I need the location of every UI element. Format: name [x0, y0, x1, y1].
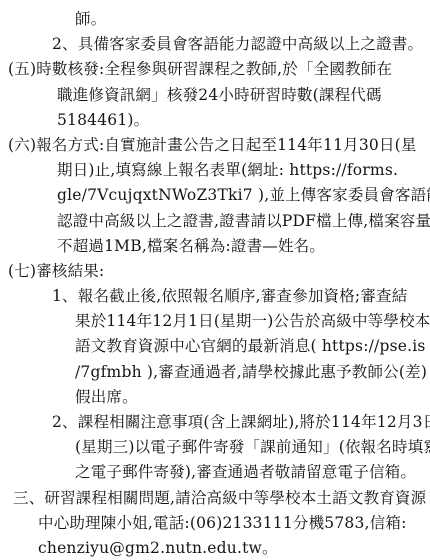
doc-line doc-line-announce-url: 語文教育資源中心官網的最新消息( https://pse.is	[0, 334, 430, 359]
doc-line doc-line-signup-url: 期日)止,填寫線上報名表單(網址: https://forms.	[0, 158, 430, 183]
doc-line: 1、報名截止後,依照報名順序,審查參加資格;審查結	[0, 284, 430, 309]
doc-line doc-line-announce-url-cont: /7gfmbh ),審查通過者,請學校據此惠予教師公(差)	[0, 360, 430, 385]
doc-line: 果於114年12月1日(星期一)公告於高級中等學校本土	[0, 309, 430, 334]
doc-line: 認證中高級以上之證書,證書請以PDF檔上傳,檔案容量	[0, 209, 430, 234]
doc-line doc-line-contact: 中心助理陳小姐,電話:(06)2133111分機5783,信箱:	[0, 511, 430, 536]
doc-line: 不超過1MB,檔案名稱為:證書—姓名。	[0, 234, 430, 259]
doc-line: 之電子郵件寄發),審查通過者敬請留意電子信箱。	[0, 460, 430, 485]
document-page: 師。 2、具備客家委員會客語能力認證中高級以上之證書。 (五)時數核發:全程參與…	[0, 0, 430, 560]
doc-line: 三、研習課程相關問題,請洽高級中等學校本土語文教育資源	[0, 486, 430, 511]
doc-line: 2、課程相關注意事項(含上課網址),將於114年12月3日	[0, 410, 430, 435]
doc-line: 假出席。	[0, 385, 430, 410]
doc-line: 職進修資訊網」核發24小時研習時數(課程代碼	[0, 83, 430, 108]
doc-line: 師。	[0, 7, 430, 32]
doc-line doc-line-signup-url-cont: gle/7VcujqxtNWoZ3Tki7 ),並上傳客家委員會客語能力	[0, 183, 430, 208]
doc-line doc-line-email: chenziyu@gm2.nutn.edu.tw。	[0, 536, 430, 560]
doc-line: 2、具備客家委員會客語能力認證中高級以上之證書。	[0, 32, 430, 57]
doc-line: (星期三)以電子郵件寄發「課前通知」(依報名時填寫	[0, 435, 430, 460]
doc-line: (六)報名方式:自實施計畫公告之日起至114年11月30日(星	[0, 133, 430, 158]
doc-line: (五)時數核發:全程參與研習課程之教師,於「全國教師在	[0, 57, 430, 82]
doc-line: 5184461)。	[0, 108, 430, 133]
doc-line: (七)審核結果:	[0, 259, 430, 284]
